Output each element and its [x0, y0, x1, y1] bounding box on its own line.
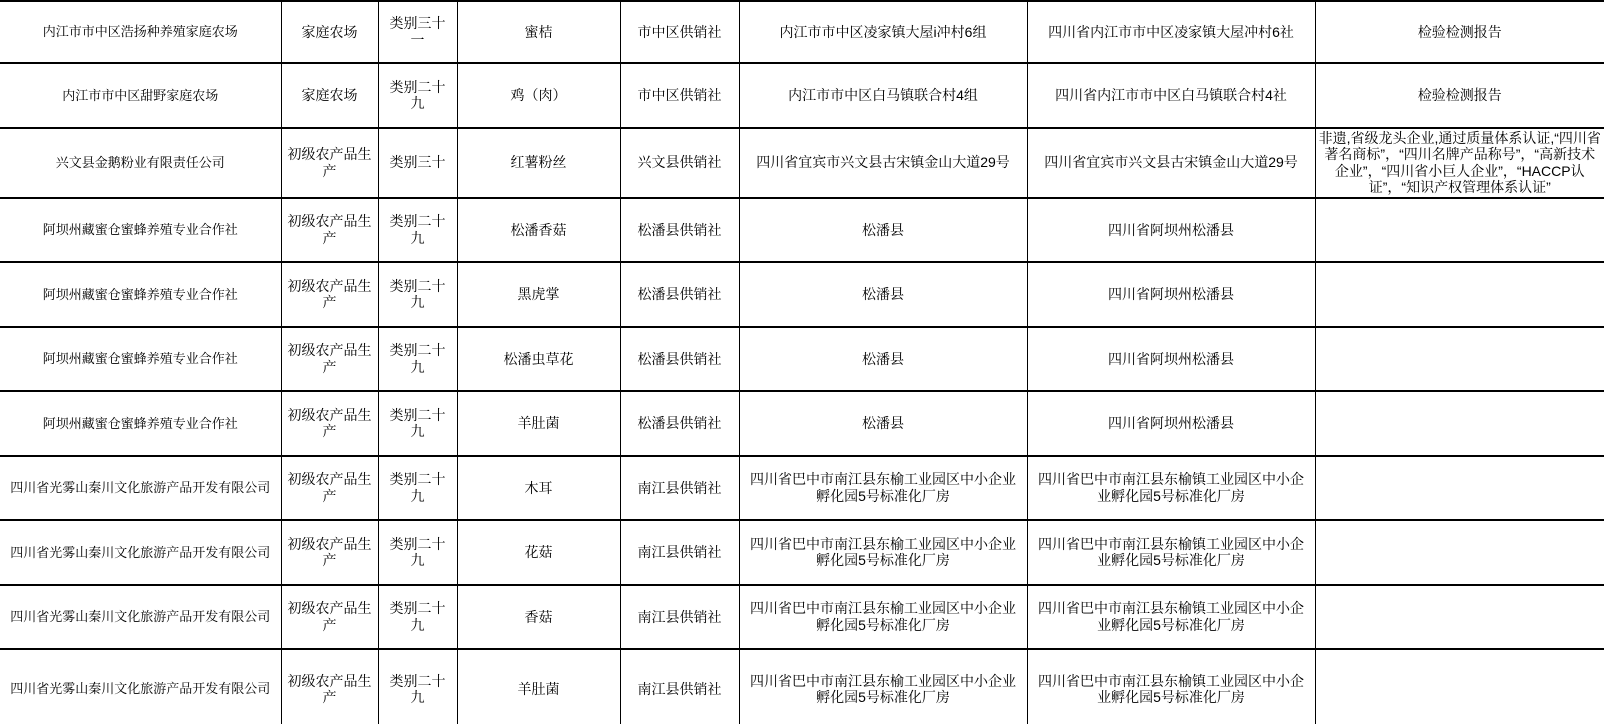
table-cell: 松潘县 — [739, 262, 1027, 327]
table-cell: 松潘县供销社 — [620, 262, 739, 327]
table-row: 内江市市中区甜野家庭农场家庭农场类别二十九鸡（肉）市中区供销社内江市市中区白马镇… — [0, 63, 1604, 128]
table-cell: 松潘县供销社 — [620, 327, 739, 392]
table-cell: 四川省阿坝州松潘县 — [1027, 198, 1315, 263]
table-row: 四川省光雾山秦川文化旅游产品开发有限公司初级农产品生产类别二十九香菇南江县供销社… — [0, 585, 1604, 650]
table-cell: 红薯粉丝 — [457, 128, 620, 198]
table-cell: 内江市市中区甜野家庭农场 — [0, 63, 281, 128]
table-cell: 松潘香菇 — [457, 198, 620, 263]
table-cell: 初级农产品生产 — [281, 128, 378, 198]
table-cell: 初级农产品生产 — [281, 520, 378, 585]
table-cell: 兴文县金鹅粉业有限责任公司 — [0, 128, 281, 198]
table-cell: 南江县供销社 — [620, 456, 739, 521]
table-cell: 羊肚菌 — [457, 649, 620, 724]
table-cell: 四川省宜宾市兴文县古宋镇金山大道29号 — [1027, 128, 1315, 198]
table-cell: 四川省巴中市南江县东榆工业园区中小企业孵化园5号标准化厂房 — [739, 585, 1027, 650]
table-cell: 内江市市中区凌家镇大屋i冲村6组 — [739, 1, 1027, 63]
table-cell: 南江县供销社 — [620, 520, 739, 585]
table-cell: 松潘虫草花 — [457, 327, 620, 392]
table-cell: 市中区供销社 — [620, 1, 739, 63]
table-cell: 初级农产品生产 — [281, 327, 378, 392]
table-cell: 黑虎掌 — [457, 262, 620, 327]
table-cell: 阿坝州藏蜜仓蜜蜂养殖专业合作社 — [0, 391, 281, 456]
table-cell: 类别二十九 — [378, 198, 457, 263]
table-cell: 四川省阿坝州松潘县 — [1027, 391, 1315, 456]
table-cell: 内江市市中区白马镇联合村4组 — [739, 63, 1027, 128]
table-cell: 四川省光雾山秦川文化旅游产品开发有限公司 — [0, 456, 281, 521]
table-cell: 松潘县 — [739, 391, 1027, 456]
table-cell — [1315, 649, 1604, 724]
table-cell: 四川省光雾山秦川文化旅游产品开发有限公司 — [0, 520, 281, 585]
table-cell: 检验检测报告 — [1315, 1, 1604, 63]
table-row: 四川省光雾山秦川文化旅游产品开发有限公司初级农产品生产类别二十九花菇南江县供销社… — [0, 520, 1604, 585]
table-cell: 四川省巴中市南江县东榆镇工业园区中小企业孵化园5号标准化厂房 — [1027, 585, 1315, 650]
table-cell: 类别二十九 — [378, 327, 457, 392]
table-cell: 花菇 — [457, 520, 620, 585]
table-row: 阿坝州藏蜜仓蜜蜂养殖专业合作社初级农产品生产类别二十九松潘虫草花松潘县供销社松潘… — [0, 327, 1604, 392]
table-cell: 松潘县 — [739, 198, 1027, 263]
table-cell: 四川省巴中市南江县东榆工业园区中小企业孵化园5号标准化厂房 — [739, 456, 1027, 521]
table-cell — [1315, 391, 1604, 456]
table-cell: 松潘县 — [739, 327, 1027, 392]
table-cell: 类别二十九 — [378, 649, 457, 724]
table-cell: 松潘县供销社 — [620, 391, 739, 456]
table-cell: 四川省巴中市南江县东榆镇工业园区中小企业孵化园5号标准化厂房 — [1027, 456, 1315, 521]
table-cell: 阿坝州藏蜜仓蜜蜂养殖专业合作社 — [0, 327, 281, 392]
table-cell: 家庭农场 — [281, 1, 378, 63]
table-cell: 四川省巴中市南江县东榆镇工业园区中小企业孵化园5号标准化厂房 — [1027, 520, 1315, 585]
table-cell: 松潘县供销社 — [620, 198, 739, 263]
table-cell: 四川省巴中市南江县东榆工业园区中小企业孵化园5号标准化厂房 — [739, 649, 1027, 724]
table-cell: 南江县供销社 — [620, 585, 739, 650]
table-cell — [1315, 327, 1604, 392]
table-cell: 阿坝州藏蜜仓蜜蜂养殖专业合作社 — [0, 198, 281, 263]
table-cell: 四川省宜宾市兴文县古宋镇金山大道29号 — [739, 128, 1027, 198]
table-cell — [1315, 520, 1604, 585]
table-cell: 初级农产品生产 — [281, 391, 378, 456]
table-cell: 四川省巴中市南江县东榆工业园区中小企业孵化园5号标准化厂房 — [739, 520, 1027, 585]
table-cell: 非遗,省级龙头企业,通过质量体系认证,“四川省著名商标”，“四川名牌产品称号”，… — [1315, 128, 1604, 198]
table-cell: 四川省光雾山秦川文化旅游产品开发有限公司 — [0, 649, 281, 724]
table-cell: 四川省内江市市中区凌家镇大屋冲村6社 — [1027, 1, 1315, 63]
table-cell — [1315, 456, 1604, 521]
table-cell: 类别二十九 — [378, 63, 457, 128]
table-row: 四川省光雾山秦川文化旅游产品开发有限公司初级农产品生产类别二十九木耳南江县供销社… — [0, 456, 1604, 521]
table-cell: 香菇 — [457, 585, 620, 650]
table-cell: 蜜桔 — [457, 1, 620, 63]
table-cell: 家庭农场 — [281, 63, 378, 128]
table-cell — [1315, 262, 1604, 327]
table-cell: 类别二十九 — [378, 391, 457, 456]
table-cell: 羊肚菌 — [457, 391, 620, 456]
table-cell: 初级农产品生产 — [281, 262, 378, 327]
table-cell — [1315, 585, 1604, 650]
table-cell: 市中区供销社 — [620, 63, 739, 128]
table-cell: 四川省光雾山秦川文化旅游产品开发有限公司 — [0, 585, 281, 650]
table-cell: 内江市市中区浩扬种养殖家庭农场 — [0, 1, 281, 63]
table-row: 内江市市中区浩扬种养殖家庭农场家庭农场类别三十一蜜桔市中区供销社内江市市中区凌家… — [0, 1, 1604, 63]
table-cell: 初级农产品生产 — [281, 585, 378, 650]
table-cell: 初级农产品生产 — [281, 198, 378, 263]
products-table: 内江市市中区浩扬种养殖家庭农场家庭农场类别三十一蜜桔市中区供销社内江市市中区凌家… — [0, 0, 1604, 724]
table-cell: 鸡（肉） — [457, 63, 620, 128]
table-row: 四川省光雾山秦川文化旅游产品开发有限公司初级农产品生产类别二十九羊肚菌南江县供销… — [0, 649, 1604, 724]
table-cell: 检验检测报告 — [1315, 63, 1604, 128]
table-cell: 四川省阿坝州松潘县 — [1027, 262, 1315, 327]
table-cell: 类别二十九 — [378, 456, 457, 521]
table-row: 阿坝州藏蜜仓蜜蜂养殖专业合作社初级农产品生产类别二十九黑虎掌松潘县供销社松潘县四… — [0, 262, 1604, 327]
table-cell: 类别二十九 — [378, 520, 457, 585]
table-cell: 类别二十九 — [378, 585, 457, 650]
table-cell: 兴文县供销社 — [620, 128, 739, 198]
spreadsheet-view: 内江市市中区浩扬种养殖家庭农场家庭农场类别三十一蜜桔市中区供销社内江市市中区凌家… — [0, 0, 1604, 724]
table-cell: 南江县供销社 — [620, 649, 739, 724]
table-row: 阿坝州藏蜜仓蜜蜂养殖专业合作社初级农产品生产类别二十九羊肚菌松潘县供销社松潘县四… — [0, 391, 1604, 456]
table-cell: 阿坝州藏蜜仓蜜蜂养殖专业合作社 — [0, 262, 281, 327]
table-cell: 初级农产品生产 — [281, 649, 378, 724]
table-cell: 四川省阿坝州松潘县 — [1027, 327, 1315, 392]
table-row: 兴文县金鹅粉业有限责任公司初级农产品生产类别三十红薯粉丝兴文县供销社四川省宜宾市… — [0, 128, 1604, 198]
table-body: 内江市市中区浩扬种养殖家庭农场家庭农场类别三十一蜜桔市中区供销社内江市市中区凌家… — [0, 1, 1604, 724]
table-cell — [1315, 198, 1604, 263]
table-cell: 初级农产品生产 — [281, 456, 378, 521]
table-row: 阿坝州藏蜜仓蜜蜂养殖专业合作社初级农产品生产类别二十九松潘香菇松潘县供销社松潘县… — [0, 198, 1604, 263]
table-cell: 类别三十一 — [378, 1, 457, 63]
table-cell: 木耳 — [457, 456, 620, 521]
table-cell: 四川省巴中市南江县东榆镇工业园区中小企业孵化园5号标准化厂房 — [1027, 649, 1315, 724]
table-cell: 类别三十 — [378, 128, 457, 198]
table-cell: 类别二十九 — [378, 262, 457, 327]
table-cell: 四川省内江市市中区白马镇联合村4社 — [1027, 63, 1315, 128]
